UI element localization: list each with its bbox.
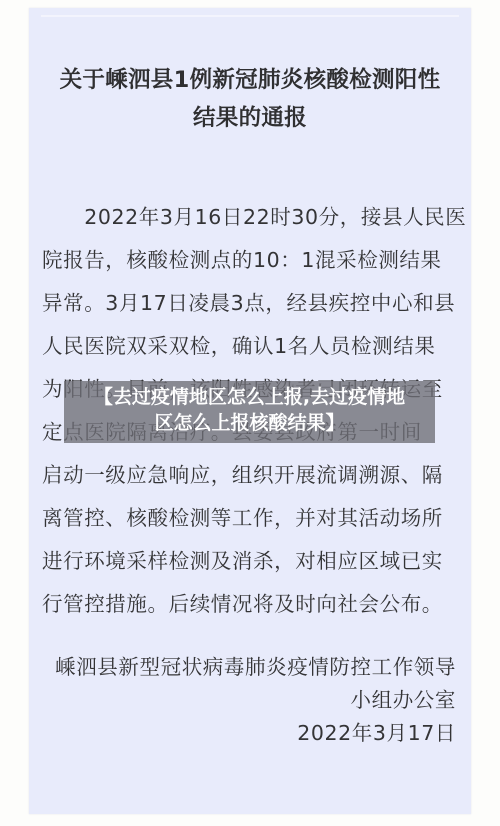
- body-line-8: 离管控、核酸检测等工作，并对其活动场所: [42, 506, 443, 530]
- card-top-divider: [41, 15, 459, 17]
- body-line-2: 院报告，核酸检测点的10：1混采检测结果: [42, 248, 442, 272]
- body-line-3: 异常。3月17日凌晨3点，经县疾控中心和县: [42, 291, 455, 315]
- overlay-title-banner: 【去过疫情地区怎么上报,去过疫情地 区怎么上报核酸结果】: [64, 381, 435, 443]
- notice-title-line-2: 结果的通报: [29, 100, 471, 132]
- overlay-title-line-2: 区怎么上报核酸结果】: [64, 412, 435, 434]
- body-line-7: 启动一级应急响应，组织开展流调溯源、隔: [42, 463, 443, 487]
- body-line-9: 进行环境采样检测及消杀，对相应区域已实: [42, 549, 443, 573]
- notice-title-line-1: 关于嵊泗县1例新冠肺炎核酸检测阳性: [29, 62, 471, 94]
- body-line-1: 2022年3月16日22时30分，接县人民医: [42, 205, 466, 229]
- body-line-4: 人民医院双采双检，确认1名人员检测结果: [42, 334, 435, 358]
- signature-org-line-2: 小组办公室: [351, 688, 457, 712]
- signature-date: 2022年3月17日: [297, 721, 456, 745]
- body-line-10: 行管控措施。后续情况将及时向社会公布。: [42, 592, 443, 616]
- overlay-title-line-1: 【去过疫情地区怎么上报,去过疫情地: [64, 386, 435, 408]
- signature-org-line-1: 嵊泗县新型冠状病毒肺炎疫情防控工作领导: [55, 655, 456, 679]
